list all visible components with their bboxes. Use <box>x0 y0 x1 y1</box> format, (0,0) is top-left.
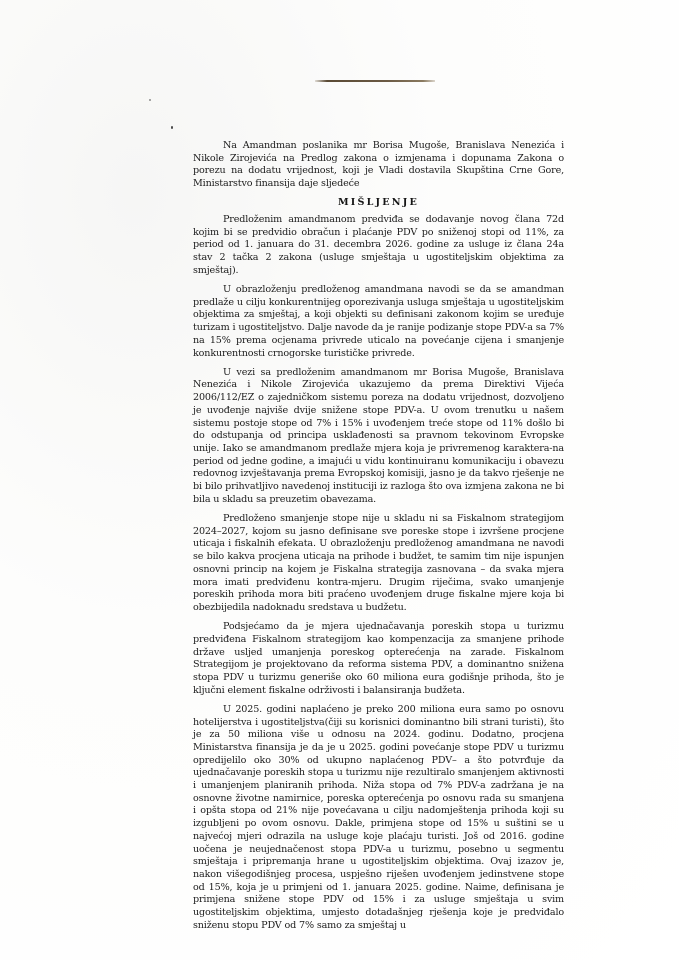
scan-speck-icon <box>171 126 173 129</box>
top-rule-line <box>315 80 435 82</box>
scan-speck-icon <box>149 99 151 101</box>
document-body: Na Amandman poslanika mr Borisa Mugoše, … <box>193 140 564 939</box>
paragraph-2: U obrazloženju predloženog amandmana nav… <box>193 284 564 360</box>
paragraph-5: Podsjećamo da je mjera ujednačavanja por… <box>193 621 564 697</box>
paragraph-6: U 2025. godini naplaćeno je preko 200 mi… <box>193 704 564 933</box>
paragraph-1: Predloženim amandmanom predviđa se dodav… <box>193 214 564 278</box>
document-heading: MIŠLJENJE <box>193 197 564 210</box>
scanned-page: Na Amandman poslanika mr Borisa Mugoše, … <box>0 0 679 960</box>
intro-paragraph: Na Amandman poslanika mr Borisa Mugoše, … <box>193 140 564 191</box>
paragraph-3: U vezi sa predloženim amandmanom mr Bori… <box>193 367 564 507</box>
paragraph-4: Predloženo smanjenje stope nije u skladu… <box>193 513 564 615</box>
